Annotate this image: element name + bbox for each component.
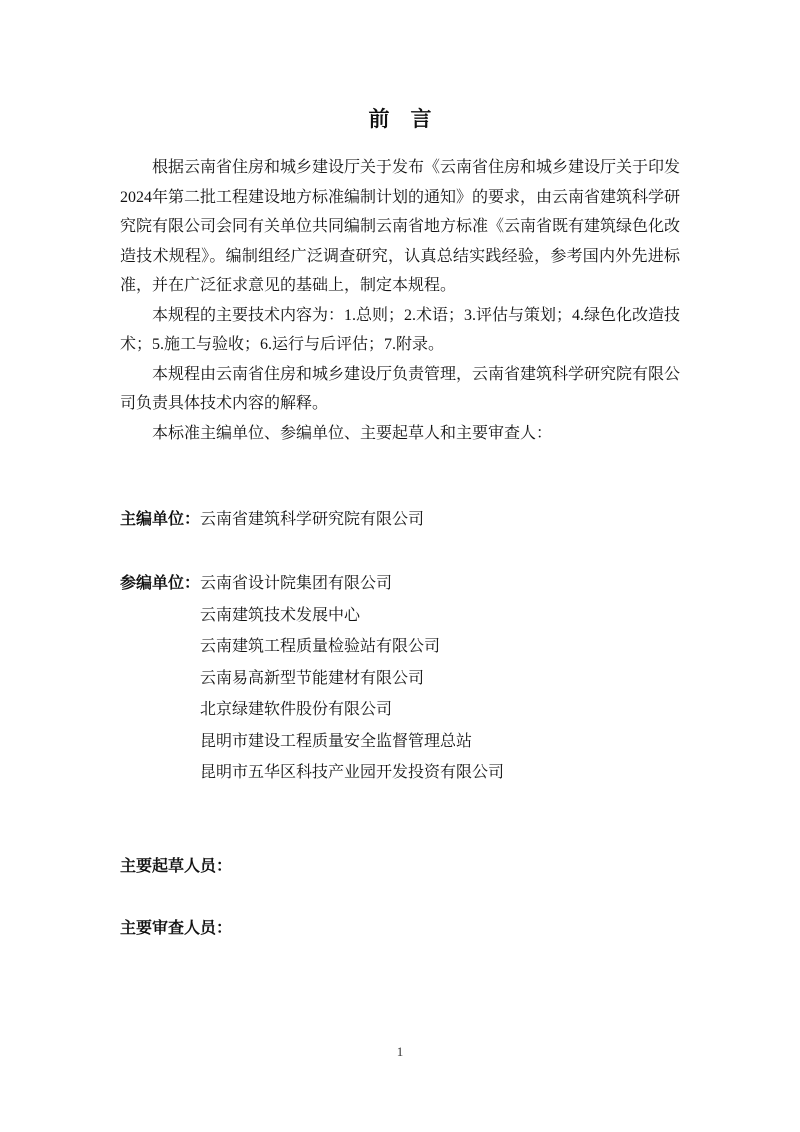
- reviewers-label: 主要审查人员：: [120, 920, 232, 937]
- paragraph-units-intro: 本标准主编单位、参编单位、主要起草人和主要审查人：: [120, 419, 680, 449]
- chief-editor-label: 主编单位：: [120, 505, 200, 535]
- participating-unit-item: 昆明市建设工程质量安全监督管理总站: [200, 726, 680, 758]
- participating-unit-item: 云南建筑工程质量检验站有限公司: [200, 631, 680, 663]
- chief-editor-value: 云南省建筑科学研究院有限公司: [200, 505, 424, 535]
- chief-editor-row: 主编单位： 云南省建筑科学研究院有限公司: [120, 505, 680, 535]
- paragraph-management: 本规程由云南省住房和城乡建设厅负责管理，云南省建筑科学研究院有限公司负责具体技术…: [120, 360, 680, 419]
- paragraph-contents: 本规程的主要技术内容为：1.总则；2.术语；3.评估与策划；4.绿色化改造技术；…: [120, 301, 680, 360]
- page-title: 前 言: [120, 106, 680, 132]
- participating-units-row: 参编单位： 云南省设计院集团有限公司 云南建筑技术发展中心 云南建筑工程质量检验…: [120, 568, 680, 789]
- page-number: 1: [0, 1044, 800, 1060]
- participating-units-label: 参编单位：: [120, 568, 200, 600]
- participating-units-list: 云南省设计院集团有限公司 云南建筑技术发展中心 云南建筑工程质量检验站有限公司 …: [200, 568, 680, 789]
- participating-unit-item: 北京绿建软件股份有限公司: [200, 694, 680, 726]
- body-text: 根据云南省住房和城乡建设厅关于发布《云南省住房和城乡建设厅关于印发2024年第二…: [120, 153, 680, 448]
- document-page: 前 言 根据云南省住房和城乡建设厅关于发布《云南省住房和城乡建设厅关于印发202…: [0, 0, 800, 1132]
- participating-unit-item: 云南建筑技术发展中心: [200, 600, 680, 632]
- drafters-row: 主要起草人员：: [120, 852, 680, 882]
- participating-unit-item: 云南易高新型节能建材有限公司: [200, 663, 680, 695]
- participating-unit-item: 云南省设计院集团有限公司: [200, 568, 680, 600]
- reviewers-row: 主要审查人员：: [120, 914, 680, 944]
- paragraph-intro: 根据云南省住房和城乡建设厅关于发布《云南省住房和城乡建设厅关于印发2024年第二…: [120, 153, 680, 301]
- page-content: 前 言 根据云南省住房和城乡建设厅关于发布《云南省住房和城乡建设厅关于印发202…: [120, 0, 680, 944]
- participating-unit-item: 昆明市五华区科技产业园开发投资有限公司: [200, 757, 680, 789]
- drafters-label: 主要起草人员：: [120, 858, 232, 875]
